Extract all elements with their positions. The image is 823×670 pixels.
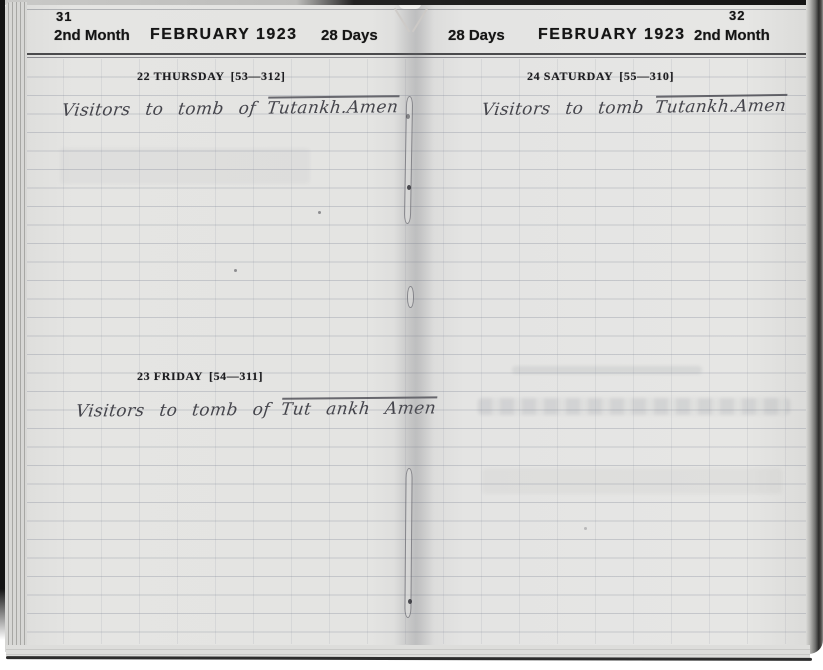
left-days-label: 28 Days [321, 27, 378, 44]
paper-speck [584, 527, 587, 530]
right-month-title: FEBRUARY 1923 [538, 26, 686, 44]
entry-day-label: 22 THURSDAY [137, 69, 225, 83]
handwritten-note-thursday: Visitors to tomb ofTutankh.Amen [61, 97, 400, 121]
right-page-number: 32 [729, 8, 745, 23]
left-page-number: 31 [56, 9, 72, 24]
handwritten-note-friday: Visitors to tomb ofTut ankh Amen [75, 398, 437, 421]
right-days-label: 28 Days [448, 27, 505, 44]
page-stack-left [5, 2, 27, 652]
entry-day-label: 23 FRIDAY [137, 369, 203, 383]
entry-day-count: [54—311] [209, 369, 263, 383]
entry-heading-saturday: 24 SATURDAY[55—310] [527, 69, 674, 84]
stitch-knot [408, 599, 412, 604]
entry-heading-friday: 23 FRIDAY[54—311] [137, 369, 263, 384]
paper-speck [318, 211, 321, 214]
left-month-title: FEBRUARY 1923 [150, 26, 298, 44]
entry-day-count: [53—312] [231, 69, 286, 83]
entry-heading-thursday: 22 THURSDAY[53—312] [137, 69, 285, 84]
note-text: Visitors to tomb of [75, 400, 271, 422]
entry-day-label: 24 SATURDAY [527, 69, 613, 83]
paper-speck [234, 269, 237, 272]
note-name: Tutankh.Amen [654, 96, 787, 118]
show-through-smudge [60, 148, 310, 184]
diary-scan: 31 2nd Month FEBRUARY 1923 28 Days 28 Da… [0, 0, 823, 670]
show-through-smudge [478, 398, 790, 415]
scan-top-edge [0, 0, 823, 5]
stitch-thread [404, 468, 412, 618]
binding-gutter-shadow [394, 4, 434, 646]
show-through-smudge [482, 468, 782, 494]
stitch-knot [406, 114, 410, 119]
note-text: Visitors to tomb of [61, 99, 257, 121]
stitch-thread [407, 286, 414, 308]
book-bottom-edge [6, 656, 812, 661]
page-stack-right [806, 0, 823, 654]
entry-day-count: [55—310] [619, 69, 674, 83]
right-month-ordinal: 2nd Month [694, 27, 770, 44]
stitch-knot [407, 185, 411, 190]
handwritten-note-saturday: Visitors to tombTutankh.Amen [481, 96, 788, 120]
note-name: Tutankh.Amen [266, 97, 399, 118]
note-text: Visitors to tomb [481, 98, 645, 120]
left-month-ordinal: 2nd Month [54, 27, 130, 44]
show-through-smudge [512, 366, 702, 374]
